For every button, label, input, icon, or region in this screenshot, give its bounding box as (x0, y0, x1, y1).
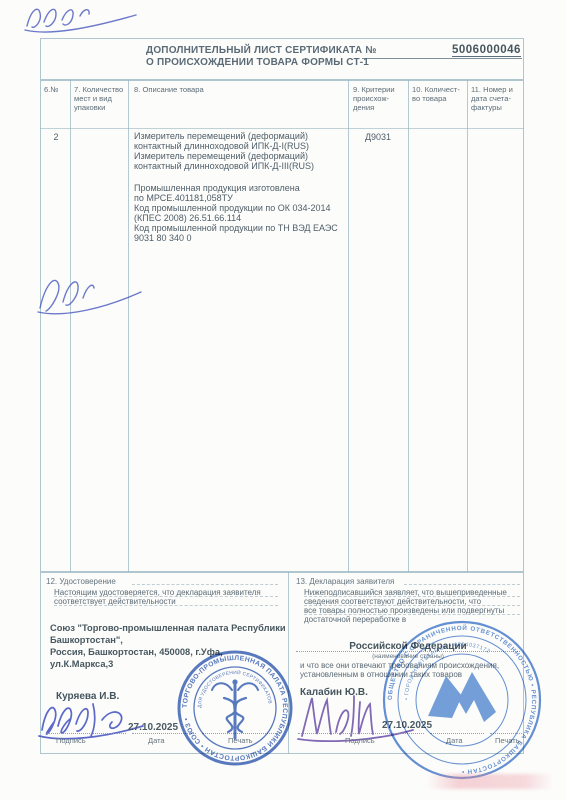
certification-statement: Настоящим удостоверяется, что декларация… (54, 588, 284, 606)
col-header-origin: 9. Критерии происхож- дения (353, 85, 407, 112)
caduceus-icon (212, 679, 258, 738)
document-title-line2: О ПРОИСХОЖДЕНИИ ТОВАРА ФОРМЫ СТ-1 (146, 57, 369, 68)
label-signature: Подпись (345, 736, 375, 745)
certification-date: 27.10.2025 (128, 722, 178, 733)
col-header-description: 8. Описание товара (134, 85, 204, 94)
label-signature: Подпись (56, 736, 86, 745)
scan-artifact-smudge (427, 774, 553, 789)
signature-line (46, 733, 126, 734)
form-rule (132, 584, 278, 585)
col-header-quantity: 10. Количест- во товара (412, 85, 466, 103)
certificate-number: 5006000046 (452, 44, 521, 57)
col-header-invoice: 11. Номер и дата счета- фактуры (471, 85, 523, 112)
table-col-divider (70, 80, 71, 572)
certificate-page: ДОПОЛНИТЕЛЬНЫЙ ЛИСТ СЕРТИФИКАТА № 500600… (0, 0, 566, 800)
col-header-packages: 7. Количество мест и вид упаковки (74, 85, 126, 112)
certificate-number-line (362, 58, 522, 59)
form-rule (404, 584, 520, 585)
company-logo-icon (428, 672, 496, 722)
handwritten-flourish (33, 270, 145, 316)
form-rule (54, 605, 278, 606)
origin-criteria-value: Д9031 (348, 132, 408, 142)
table-col-divider (128, 80, 129, 572)
company-stamp: ОБЩЕСТВО С ОГРАНИЧЕННОЙ ОТВЕТСТВЕННОСТЬЮ… (380, 618, 544, 782)
document-title-line1: ДОПОЛНИТЕЛЬНЫЙ ЛИСТ СЕРТИФИКАТА № (146, 45, 377, 56)
table-header-divider (40, 128, 524, 129)
goods-description-block2: Промышленная продукция изготовлена по МР… (134, 183, 348, 243)
goods-description-block1: Измеритель перемещений (деформаций) конт… (134, 131, 348, 171)
chamber-stamp: ТОРГОВО-ПРОМЫШЛЕННАЯ ПАЛАТА РЕСПУБЛИКИ Б… (175, 648, 295, 768)
certifier-signature (36, 698, 146, 742)
form-rule (304, 596, 520, 597)
table-col-divider (467, 80, 468, 572)
table-col-divider (348, 80, 349, 572)
col-header-number: 6.№ (44, 85, 58, 94)
form-rule (304, 605, 520, 606)
table-col-divider (408, 80, 409, 572)
row-item-number: 2 (42, 132, 70, 142)
label-date: Дата (148, 736, 165, 745)
declaration-heading: 13. Декларация заявителя (296, 577, 394, 586)
certification-heading: 12. Удостоверение (46, 577, 116, 586)
handwritten-initials-top (22, 2, 140, 36)
form-rule (304, 614, 520, 615)
form-rule (54, 596, 278, 597)
